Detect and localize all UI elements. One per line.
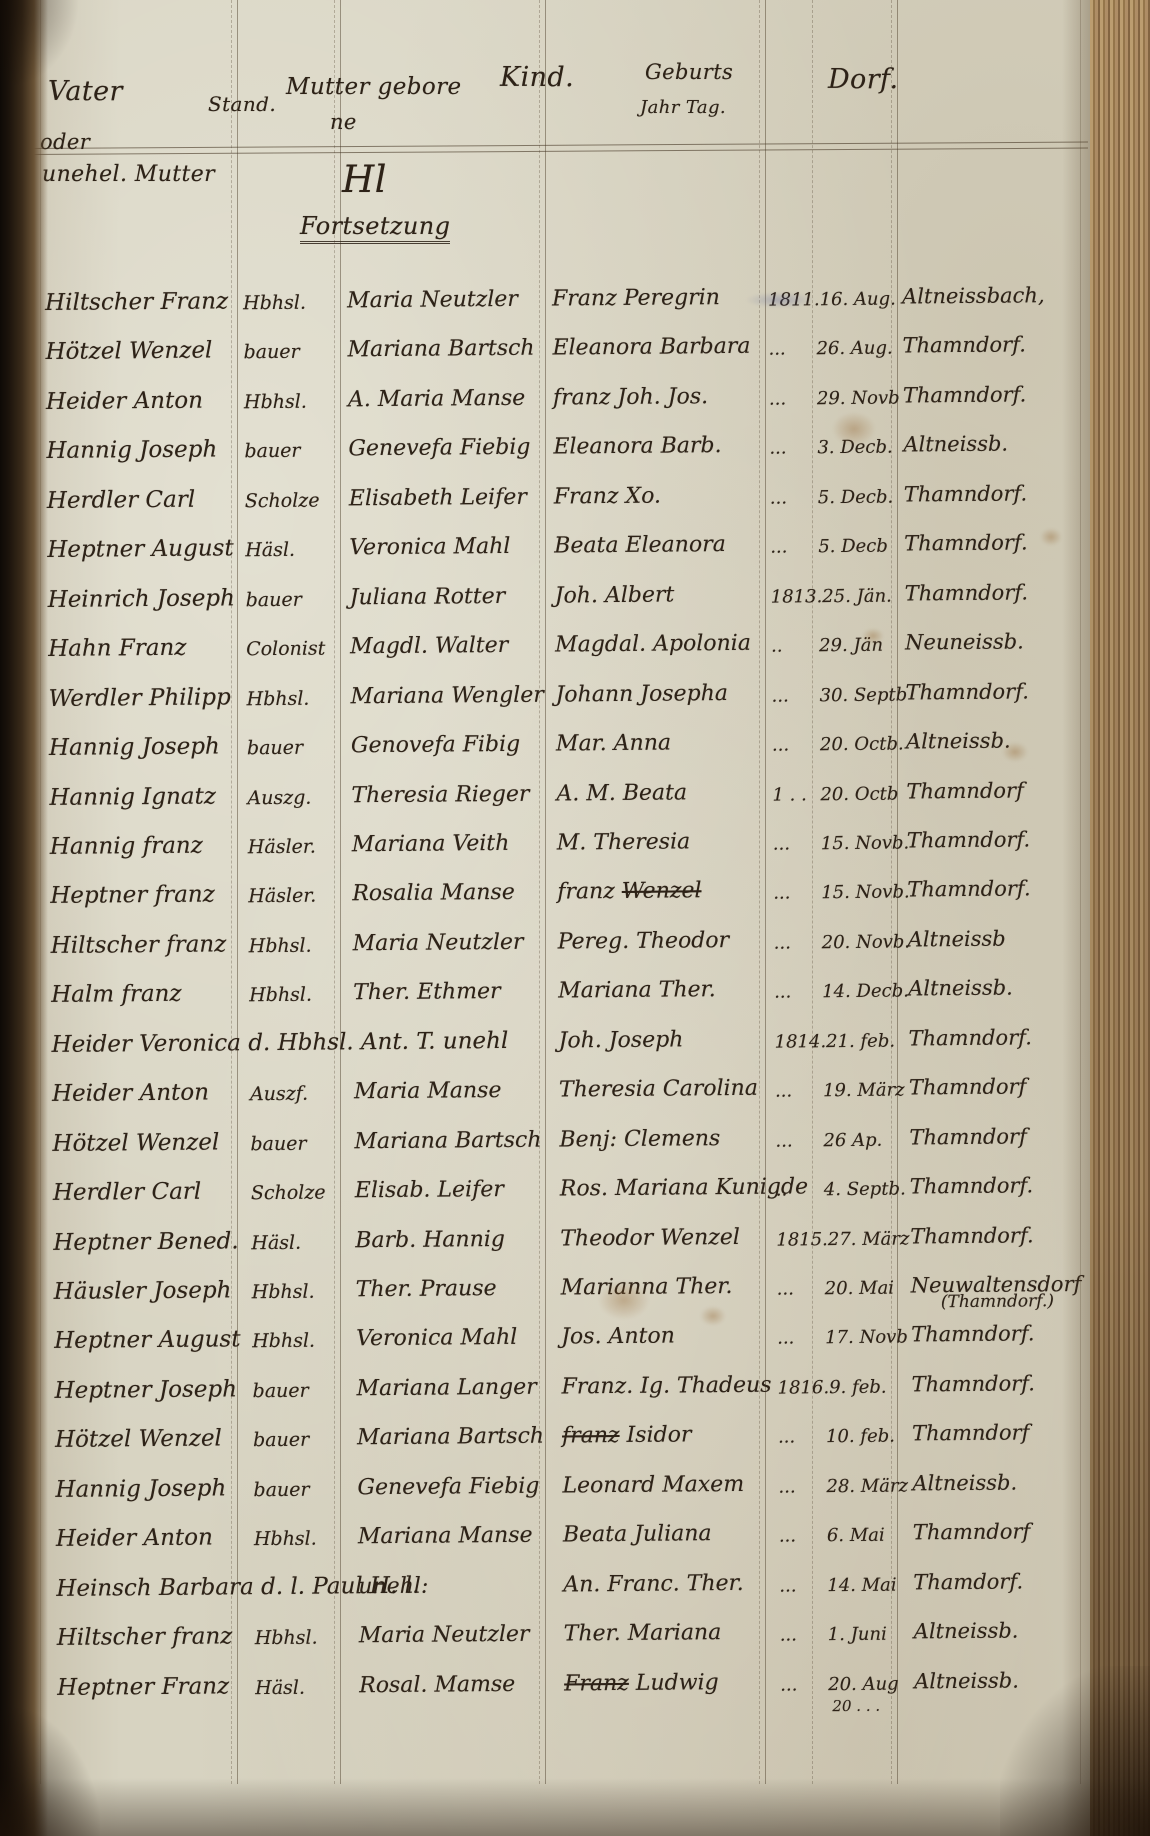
child-name: Beata Juliana [563,1521,712,1547]
mother-name: Elisab. Leifer [355,1177,504,1203]
village-name: Altneissbach, [902,283,1045,308]
village-name: Thamndorf. [907,827,1031,852]
father-name: Heinrich Joseph [48,585,235,613]
mother-name: Rosalia Manse [352,880,515,906]
birth-date: 1814.21. feb. [774,1030,895,1052]
mother-name: Mariana Bartsch [347,336,534,363]
mother-name: Genovefa Fibig [351,732,520,758]
birth-day-month: 27. März [828,1228,910,1250]
birth-year: ... [777,1278,825,1299]
village-name: Altneissb. [912,1470,1017,1495]
child-name-part: An. Franc. Ther. [563,1571,744,1598]
father-status: Hbhsl. [255,1627,318,1650]
child-name: Franz Ludwig [564,1670,719,1696]
register-row: Halm franzHbhsl.Ther. EthmerMariana Ther… [6,973,1111,1032]
mother-name: Mariana Wengler [350,682,543,709]
mother-name: Mariana Bartsch [357,1424,544,1451]
child-name: Mariana Ther. [558,977,716,1003]
child-name: franz Wenzel [557,879,701,905]
birth-date: 1816.9. feb. [778,1377,887,1399]
father-name: Heptner franz [50,882,215,909]
father-status: Hbhsl. [252,1281,315,1304]
child-name: Benj: Clemens [559,1126,720,1152]
village-name: Altneissb. [903,432,1008,457]
village-name: Thamndorf [909,1124,1027,1149]
child-name: Franz Peregrin [552,285,720,311]
father-name: Hötzel Wenzel [55,1426,222,1453]
child-name-part: Pereg. Theodor [558,928,730,954]
father-status: Häsler. [248,836,316,859]
column-header-status: Stand. [208,92,276,116]
register-row: Heinsch Barbara d. l. Paul H. l.unehl:An… [11,1566,1116,1625]
village-name: Thamndorf. [904,531,1028,556]
birth-day-month: 20. Octb [820,783,898,805]
village-name: Thamndorf [912,1421,1030,1446]
child-name: Franz. Ig. Thadeus [561,1373,771,1400]
child-name: Franz Xo. [554,483,661,509]
register-row: Hötzel WenzelbauerMariana Bartschfranz I… [10,1418,1115,1477]
register-row: Herdler CarlScholzeElisabeth LeiferFranz… [2,478,1107,537]
birth-date: ...20. Novb. [774,931,911,953]
birth-year: ... [774,932,822,953]
register-row: Hannig JosephbauerGenovefa FibigMar. Ann… [4,726,1109,785]
register-row: Heider Veronica d. Hbhsl. Ant. T. unehlJ… [6,1022,1111,1081]
birth-date: ...26. Aug. [768,338,892,360]
father-status: bauer [246,588,302,610]
birth-day-month: 19. März [823,1080,905,1102]
village-name: Altneissb. [906,729,1011,754]
father-name: Heptner Joseph [54,1376,237,1404]
child-name: franz Isidor [562,1423,692,1449]
father-status: Häsler. [248,885,316,908]
village-name: Thamndorf. [910,1223,1034,1248]
column-header-birth: Geburts [645,60,733,84]
birth-date: ...29. Novb [769,387,900,409]
child-name: Ther. Mariana [564,1620,722,1646]
column-header-mother-cont: ne [330,110,357,134]
child-name-struck: Franz [564,1671,629,1697]
village-name: Thamndorf. [911,1371,1035,1396]
child-name-part: Franz. Ig. Thadeus [561,1373,771,1400]
birth-year: ... [774,981,822,1002]
column-header-child: Kind. [500,62,574,93]
child-name-part: A. M. Beata [556,780,687,806]
birth-year: ... [770,487,818,508]
birth-date: ...19. März [775,1080,905,1102]
child-name: Joh. Joseph [558,1027,683,1053]
village-name: Thamndorf. [911,1322,1035,1347]
father-status: bauer [247,737,303,759]
father-name: Hannig Joseph [55,1475,226,1502]
column-header-unwed-mother: unehel. Mutter [42,162,215,187]
birth-day-month: 17. Novb [825,1327,908,1349]
birth-date: ...17. Novb [777,1327,908,1349]
mother-name: Barb. Hannig [355,1227,505,1253]
father-name: Häusler Joseph [54,1277,232,1305]
birth-day-month: 26 Ap. [823,1129,882,1151]
father-name: Heptner August [47,536,234,564]
birth-day-month: 26. Aug. [816,338,892,360]
register-row: Heptner FranzHäsl.Rosal. MamseFranz Ludw… [12,1665,1117,1724]
register-row: Hötzel WenzelbauerMariana BartschEleanor… [0,330,1105,389]
register-row: Hahn FranzColonistMagdl. WalterMagdal. A… [3,627,1108,686]
birth-year: .. [776,1179,824,1200]
child-name: Theresia Carolina [559,1076,758,1103]
child-name-part: Jos. Anton [561,1324,675,1350]
birth-date: ...5. Decb. [770,486,893,508]
father-name: Heptner Bened. [53,1228,239,1256]
child-name-part: Isidor [619,1423,691,1449]
mother-name: Maria Manse [354,1078,502,1104]
birth-date: ...28. März [778,1475,908,1497]
child-name-part: Mariana Ther. [558,977,716,1003]
mother-name: Magdl. Walter [350,633,508,659]
child-name-part: franz [557,879,622,905]
child-name-part: Ther. Mariana [564,1620,722,1646]
birth-day-month: 15. Novb. [821,882,910,904]
village-name: Thamndorf. [905,580,1029,605]
birth-year: 1 . . [772,784,820,805]
child-name: Magdal. Apolonia [555,631,751,658]
birth-day-month: 6. Mai [827,1525,885,1547]
father-name: Heider Anton [46,387,203,414]
column-header-birth-year-day: Jahr Tag. [640,97,726,118]
register-row: Hannig franzHäsler.Mariana VeithM. There… [5,825,1110,884]
register-row: Heider AntonHbhsl.A. Maria Mansefranz Jo… [1,380,1106,439]
register-row: Heptner AugustHbhsl.Veronica MahlJos. An… [9,1319,1114,1378]
birth-year: ... [773,883,821,904]
mother-name: Veronica Mahl [356,1325,517,1351]
father-status: Häsl. [245,539,295,561]
village-name: Thamndorf. [902,333,1026,358]
stain [832,412,876,446]
child-name: M. Theresia [557,829,691,855]
father-status: Scholze [245,489,320,512]
father-status: Hbhsl. [254,1528,317,1551]
mother-name: Genevefa Fiebig [357,1473,539,1500]
register-row: Hiltscher franzHbhsl.Maria NeutzlerPereg… [6,924,1111,983]
birth-day-month: 29. Novb [817,387,900,409]
child-name: Joh. Albert [555,582,675,608]
mother-name: Theresia Rieger [351,781,529,808]
birth-day-month: 25. Jän. [822,585,892,607]
birth-day-month: 4. Septb. [824,1179,906,1201]
father-status: Hbhsl. [246,687,309,710]
birth-date: ...3. Decb. [769,437,892,459]
child-name-part: Benj: Clemens [559,1126,720,1152]
child-name-part: Beata Juliana [563,1521,712,1547]
father-name: Heider Anton [56,1525,213,1552]
birth-date-note: 20 . . . [832,1696,880,1714]
register-row: Heptner Bened.Häsl.Barb. HannigTheodor W… [8,1220,1113,1279]
child-name: Mar. Anna [556,731,671,757]
book-page-edges [1090,0,1150,1836]
birth-date: ...14. Mai [779,1574,896,1596]
child-name-part: Mar. Anna [556,731,671,757]
father-status: bauer [253,1478,309,1500]
child-name-struck: Wenzel [622,879,702,905]
child-name: Leonard Maxem [562,1472,744,1499]
birth-day-month: 28. März [826,1475,908,1497]
father-name: Hötzel Wenzel [52,1129,219,1156]
register-row: Heptner AugustHäsl.Veronica MahlBeata El… [2,528,1107,587]
column-header-mother: Mutter gebore [286,74,461,100]
birth-day-month: 15. Novb. [821,832,910,854]
father-name: Heptner August [54,1327,241,1355]
section-heading: Fortsetzung [300,212,450,244]
book-binding [0,0,48,1836]
birth-day-month: 21. feb. [826,1030,895,1052]
birth-year: 1816. [778,1377,830,1398]
birth-year: 1813. [771,586,823,607]
father-name: Hiltscher Franz [45,288,228,316]
birth-year: ... [779,1525,827,1546]
father-name: Herdler Carl [53,1179,202,1206]
register-row: Herdler CarlScholzeElisab. LeiferRos. Ma… [8,1171,1113,1230]
register-row: Häusler JosephHbhsl.Ther. PrauseMarianna… [9,1270,1114,1329]
birth-date: ...10. feb. [778,1426,895,1448]
child-name: Theodor Wenzel [560,1224,740,1251]
register-rows: Hiltscher FranzHbhsl.Maria NeutzlerFranz… [0,281,1118,1771]
birth-date: ...15. Novb. [773,882,910,904]
child-name-part: Eleanora Barbara [552,334,750,361]
child-name: Johann Josepha [555,681,728,708]
birth-date: ..4. Septb. [776,1179,906,1201]
birth-year: ... [775,1130,823,1151]
child-name-part: Eleanora Barb. [553,433,721,459]
father-status: Hbhsl. [243,292,306,315]
birth-year: ... [772,734,820,755]
village-name: Thamndorf. [903,382,1027,407]
mother-name: Maria Neutzler [347,287,518,313]
birth-date: ...30. Septb [771,684,907,706]
father-name: Halm franz [51,981,182,1008]
father-status: Hbhsl. [244,391,307,414]
child-name-part: Beata Eleanora [554,532,726,558]
child-name: A. M. Beata [556,780,687,806]
mother-name: Genevefa Fiebig [348,435,530,462]
birth-year: ... [778,1476,826,1497]
child-name: An. Franc. Ther. [563,1571,744,1598]
register-row: Heider AntonAuszf.Maria ManseTheresia Ca… [7,1072,1112,1131]
birth-day-month: 20. Aug [828,1673,899,1695]
birth-day-month: 1. Juni [828,1624,887,1646]
birth-day-month: 20. Novb. [822,931,911,953]
section-letter: Hl [342,158,387,201]
father-status: Häsl. [251,1231,301,1253]
village-name: Thamndorf [913,1520,1031,1545]
father-name: Heider Anton [52,1080,209,1107]
village-name: Thamndorf [909,1075,1027,1100]
child-name-part: Franz Peregrin [552,285,720,311]
register-row: Hannig JosephbauerGenevefa FiebigLeonard… [10,1467,1115,1526]
birth-year: ... [775,1080,823,1101]
bottom-shadow [0,1778,1150,1836]
father-status: bauer [244,440,300,462]
birth-date: ...14. Decb. [774,981,909,1003]
birth-year: ... [773,833,821,854]
stain [700,1306,726,1326]
ink-smudge [745,292,815,308]
birth-day-month: 20. Mai [825,1278,894,1300]
father-status: bauer [243,341,299,363]
father-name: Hiltscher franz [57,1624,233,1652]
father-name: Herdler Carl [47,486,196,513]
father-name: Werdler Philipp [48,684,230,712]
birth-year: ... [769,438,817,459]
stain [862,628,884,644]
register-row: Heptner JosephbauerMariana LangerFranz. … [9,1369,1114,1428]
register-row: Hiltscher franzHbhsl.Maria NeutzlerTher.… [12,1616,1117,1675]
father-status: Hbhsl. [249,934,312,957]
father-name: Hahn Franz [48,635,187,662]
birth-year: ... [777,1328,825,1349]
birth-day-month: 16. Aug. [820,289,896,311]
father-name: Hannig Joseph [46,437,217,464]
birth-year: ... [779,1575,827,1596]
birth-day-month: 5. Decb [818,536,888,558]
stain [1040,528,1062,546]
birth-year: ... [768,339,816,360]
mother-name: unehl: [358,1573,428,1599]
birth-date: ...1. Juni [780,1624,887,1646]
father-status: Hbhsl. [252,1330,315,1353]
father-name: Hannig Joseph [49,733,220,760]
father-status: Auszg. [247,786,311,809]
birth-year: ... [770,536,818,557]
village-name: Neuneissb. [905,630,1024,655]
mother-name: Juliana Rotter [350,584,506,610]
mother-name: Ther. Prause [356,1276,497,1302]
birth-year: ... [769,388,817,409]
birth-date: ...5. Decb [770,536,888,558]
mother-name: Ther. Ethmer [353,979,501,1005]
child-name-part: Ros. Mariana Kunigde [560,1174,808,1201]
father-status: Hbhsl. [249,984,312,1007]
father-status: bauer [250,1132,306,1154]
mother-name: Mariana Manse [358,1523,533,1550]
village-name-note: (Thamndorf.) [911,1291,1082,1312]
mother-name: Mariana Veith [352,831,510,857]
village-name: Altneissb. [914,1619,1019,1644]
child-name-part: Franz Xo. [554,483,661,509]
father-status: bauer [253,1380,309,1402]
mother-name: Elisabeth Leifer [349,485,527,512]
birth-date: ...6. Mai [779,1525,885,1547]
birth-date: 1813.25. Jän. [771,585,892,607]
mother-name: Mariana Bartsch [354,1127,541,1154]
register-row: Hiltscher FranzHbhsl.Maria NeutzlerFranz… [0,281,1105,340]
child-name-part: Leonard Maxem [562,1472,744,1499]
child-name-part: Ludwig [629,1670,719,1696]
father-status: Häsl. [255,1676,305,1698]
birth-day-month: 14. Decb. [822,981,909,1003]
father-status: bauer [253,1429,309,1451]
father-name: Hannig Ignatz [49,783,216,810]
child-name: Jos. Anton [561,1324,675,1350]
mother-name: Maria Neutzler [359,1622,530,1648]
stain [1002,742,1028,762]
father-name: Hannig franz [50,833,203,860]
register-row: Hannig JosephbauerGenevefa FiebigEleanor… [1,429,1106,488]
village-name: Thamdorf. [913,1569,1023,1594]
mother-name: Maria Neutzler [353,930,524,956]
father-status: Scholze [251,1182,326,1205]
birth-date: ...20. Aug20 . . . [780,1673,899,1695]
birth-day-month: 5. Decb. [818,486,893,508]
child-name-part: M. Theresia [557,829,691,855]
birth-day-month: 20. Octb. [820,734,904,756]
village-name: Thamndorf. [904,481,1028,506]
birth-year: ... [771,685,819,706]
mother-name: A. Maria Manse [348,386,526,413]
village-name: Thamndorf. [907,877,1031,902]
child-name-part: Magdal. Apolonia [555,631,751,658]
birth-date: ...20. Mai [777,1278,894,1300]
column-header-village: Dorf. [828,64,898,95]
child-name: Ros. Mariana Kunigde [560,1174,808,1201]
mother-name: Veronica Mahl [349,534,510,560]
child-name: franz Joh. Jos. [553,384,708,410]
birth-year: .. [771,635,819,656]
mother-name: Mariana Langer [356,1375,536,1402]
register-row: Heider AntonHbhsl.Mariana ManseBeata Jul… [11,1517,1116,1576]
child-name: Beata Eleanora [554,532,726,558]
birth-year: ... [780,1674,828,1695]
birth-day-month: 30. Septb [819,684,907,706]
register-row: Hannig IgnatzAuszg.Theresia RiegerA. M. … [4,775,1109,834]
birth-day-month: 9. feb. [829,1377,887,1399]
village-name: Thamndorf. [905,679,1029,704]
child-name-part: franz Joh. Jos. [553,384,708,410]
father-name: Heider Veronica d. Hbhsl. Ant. T. unehl [51,1028,508,1058]
register-row: Heptner franzHäsler.Rosalia Mansefranz W… [5,874,1110,933]
village-name: Altneissb [908,926,1006,951]
father-status: Auszf. [250,1083,308,1106]
father-name: Hötzel Wenzel [45,338,212,365]
village-name: Altneissb. [914,1668,1019,1693]
birth-day-month: 10. feb. [826,1426,895,1448]
child-name-struck: franz [562,1423,620,1449]
register-row: Werdler PhilippHbhsl.Mariana WenglerJoha… [3,676,1108,735]
register-row: Heinrich JosephbauerJuliana RotterJoh. A… [3,577,1108,636]
stain [598,1280,650,1320]
village-name: Thamndorf. [910,1173,1034,1198]
page-edge-shadow [1062,0,1090,1836]
birth-year: 1815. [776,1229,828,1250]
birth-year: 1814. [774,1031,826,1052]
birth-date: ...20. Octb. [772,734,904,756]
birth-date: ...15. Novb. [773,832,910,854]
father-status: Colonist [246,638,325,661]
mother-name: Rosal. Mamse [359,1672,515,1698]
father-name: Hiltscher franz [51,931,227,959]
birth-date: ...26 Ap. [775,1129,882,1151]
village-name: Thamndorf [906,778,1024,803]
child-name-part: Theresia Carolina [559,1076,758,1103]
birth-date: 1815.27. März [776,1228,909,1250]
village-name: Thamndorf. [908,1025,1032,1050]
child-name: Eleanora Barbara [552,334,750,361]
register-row: Hötzel WenzelbauerMariana BartschBenj: C… [7,1121,1112,1180]
village-name: Altneissb. [908,976,1013,1001]
birth-year: ... [778,1427,826,1448]
column-header-father: Vater [48,76,123,107]
child-name-part: Joh. Albert [555,582,675,608]
child-name-part: Johann Josepha [555,681,728,708]
village-name: Neuwaltensdorf(Thamndorf.) [911,1272,1082,1312]
child-name-part: Joh. Joseph [558,1027,683,1053]
